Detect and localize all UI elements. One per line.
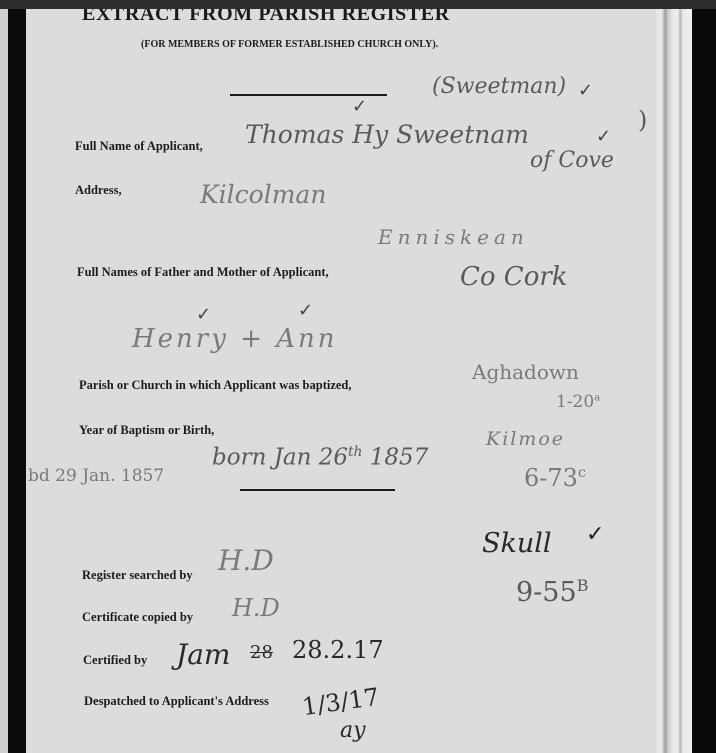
label-parish: Parish or Church in which Applicant was … (79, 378, 352, 393)
surname-note: (Sweetman) (432, 74, 566, 99)
label-address: Address, (75, 183, 122, 198)
value-certified-by: Jam (176, 638, 230, 671)
check-icon: ✓ (196, 304, 211, 325)
value-address-line3: Co Cork (460, 262, 568, 292)
check-icon: ✓ (352, 96, 367, 117)
value-copied-by: H.D (232, 594, 280, 622)
value-searched-by: H.D (218, 544, 274, 577)
value-full-name-suffix: of Cove (530, 148, 614, 173)
value-alt-ref: 6-73c (524, 464, 586, 492)
label-copied-by: Certificate copied by (82, 610, 193, 625)
value-full-name: Thomas Hy Sweetnam (245, 120, 529, 149)
label-certified-by: Certified by (83, 653, 147, 668)
margin-birth-note: bd 29 Jan. 1857 (28, 466, 164, 486)
value-birth: born Jan 26th 1857 (212, 444, 428, 471)
value-parish-ref: 1-20a (556, 392, 600, 412)
value-skull: Skull (482, 528, 552, 559)
page-stack-edge (656, 0, 692, 753)
viewer-top-bar (0, 0, 716, 9)
check-icon: ✓ (596, 126, 611, 147)
full-name-bracket: ) (638, 106, 647, 134)
label-full-name: Full Name of Applicant, (75, 139, 203, 154)
check-icon: ✓ (586, 522, 604, 547)
check-icon: ✓ (298, 300, 313, 321)
value-skull-ref: 9-55B (516, 576, 589, 608)
value-alt-parish: Kilmoe (486, 428, 565, 450)
value-certified-date: 28.2.17 (292, 636, 384, 664)
label-searched-by: Register searched by (82, 568, 193, 583)
birth-underline (240, 489, 395, 491)
value-certified-struck: 28 (250, 642, 273, 663)
value-address: Kilcolman (200, 180, 326, 209)
value-parish: Aghadown (472, 360, 579, 384)
value-despatched-initials: ay (340, 718, 366, 743)
check-icon: ✓ (578, 80, 593, 101)
book-binding-edge (8, 0, 26, 753)
label-year: Year of Baptism or Birth, (79, 423, 214, 438)
label-despatched: Despatched to Applicant's Address (84, 694, 269, 709)
scan-right-border (692, 0, 716, 753)
value-parents: Henry + Ann (132, 324, 338, 354)
value-address-line2: Enniskean (378, 225, 529, 249)
scan-left-margin (0, 0, 8, 753)
label-parents: Full Names of Father and Mother of Appli… (77, 265, 329, 280)
form-subtitle: (FOR MEMBERS OF FORMER ESTABLISHED CHURC… (141, 39, 438, 50)
